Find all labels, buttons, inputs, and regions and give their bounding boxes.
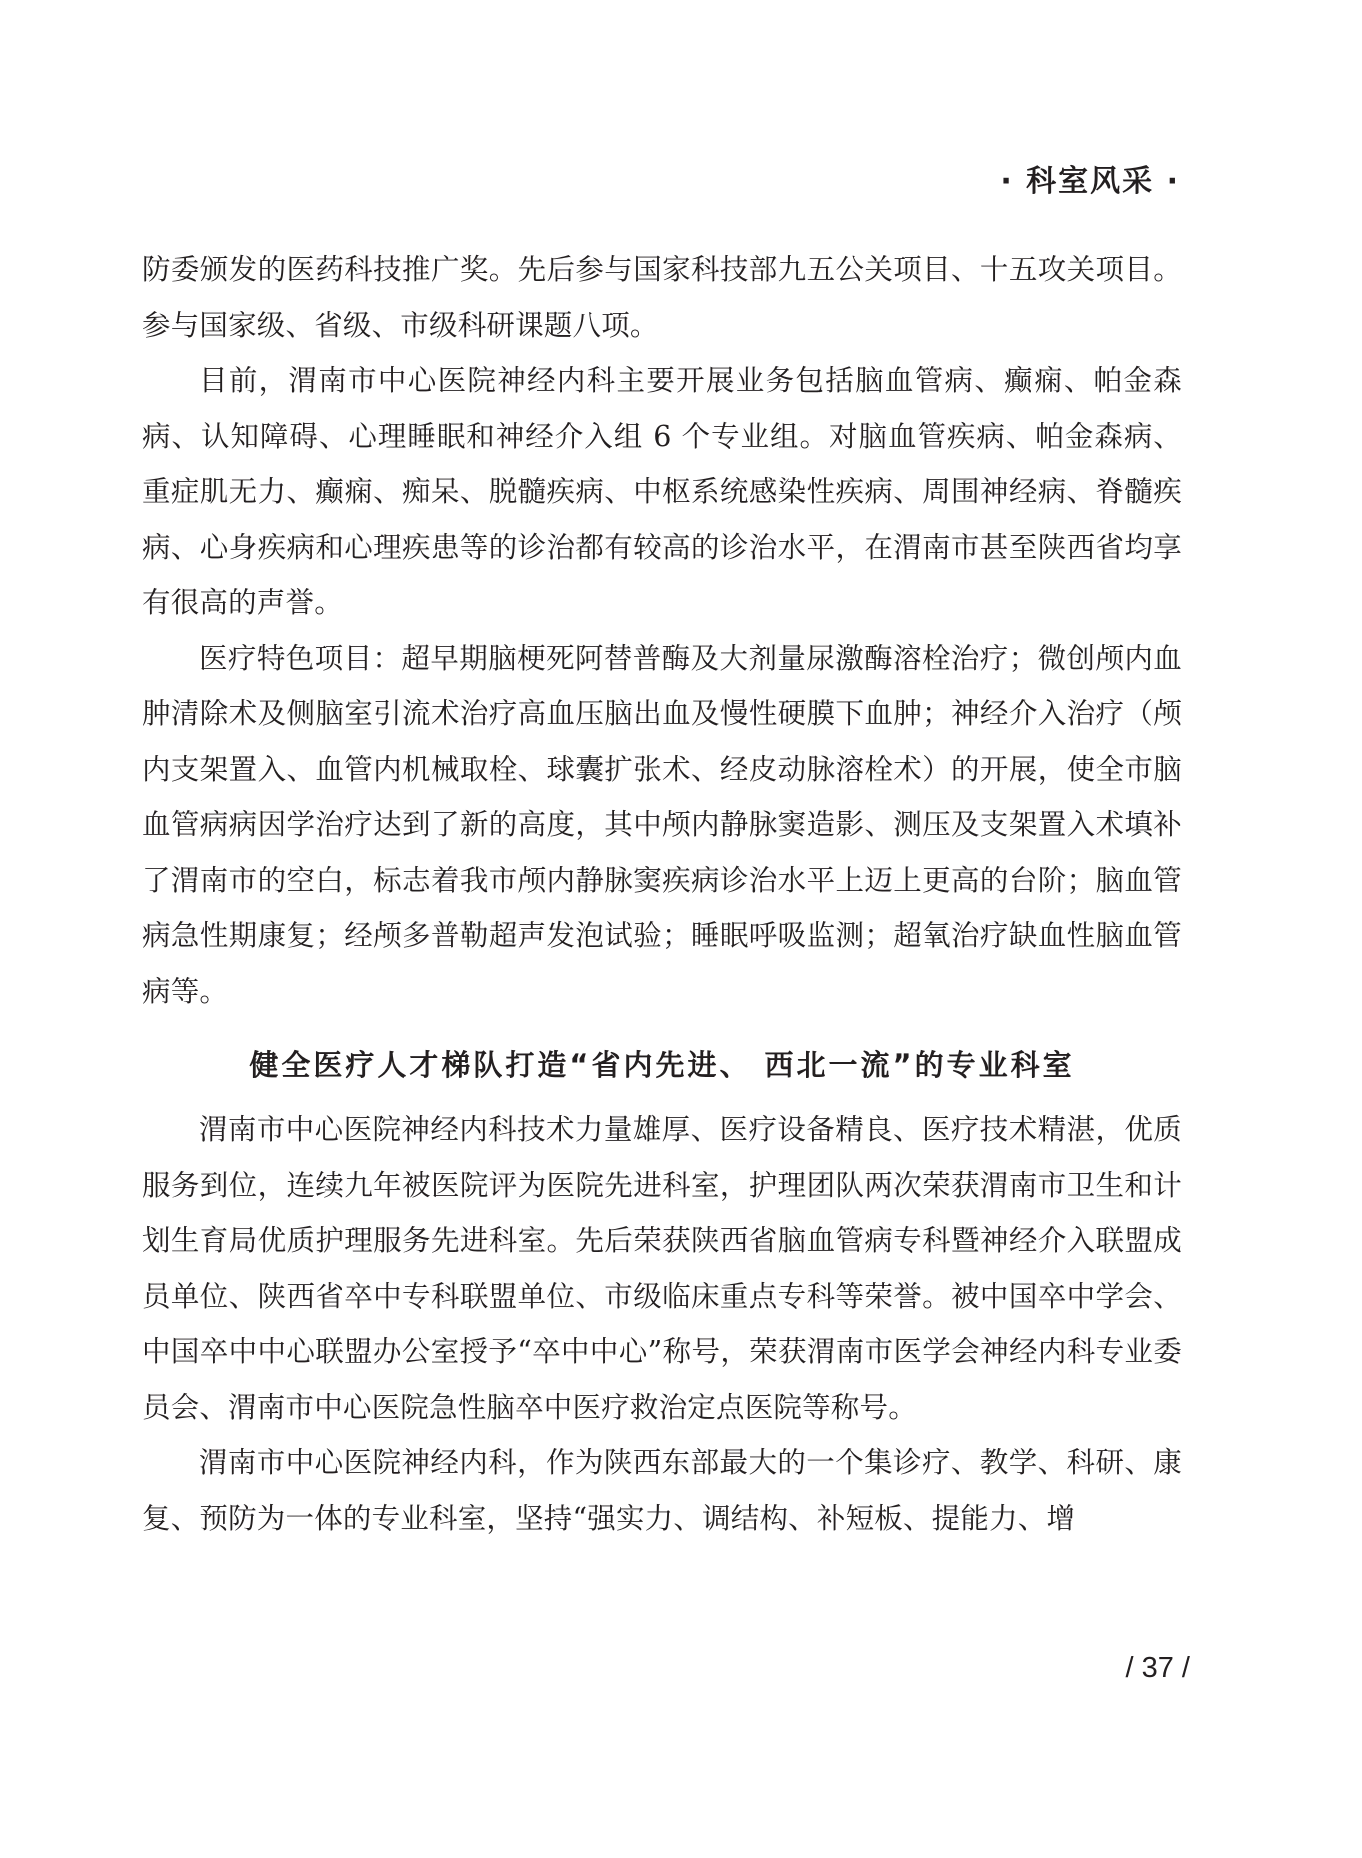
- page-number: / 37 /: [1126, 1652, 1191, 1685]
- running-head: · 科室风采 ·: [1000, 156, 1180, 200]
- paragraph: 防委颁发的医药科技推广奖。先后参与国家科技部九五公关项目、十五攻关项目。参与国家…: [142, 242, 1182, 353]
- article-body: 防委颁发的医药科技推广奖。先后参与国家科技部九五公关项目、十五攻关项目。参与国家…: [142, 242, 1182, 1546]
- paragraph: 目前，渭南市中心医院神经内科主要开展业务包括脑血管病、癫痫、帕金森病、认知障碍、…: [142, 353, 1182, 631]
- paragraph: 医疗特色项目：超早期脑梗死阿替普酶及大剂量尿激酶溶栓治疗；微创颅内血肿清除术及侧…: [142, 631, 1182, 1020]
- paragraph: 渭南市中心医院神经内科，作为陕西东部最大的一个集诊疗、教学、科研、康复、预防为一…: [142, 1435, 1182, 1546]
- paragraph: 渭南市中心医院神经内科技术力量雄厚、医疗设备精良、医疗技术精湛，优质服务到位，连…: [142, 1102, 1182, 1435]
- section-heading: 健全医疗人才梯队打造“省内先进、 西北一流”的专业科室: [142, 1040, 1182, 1090]
